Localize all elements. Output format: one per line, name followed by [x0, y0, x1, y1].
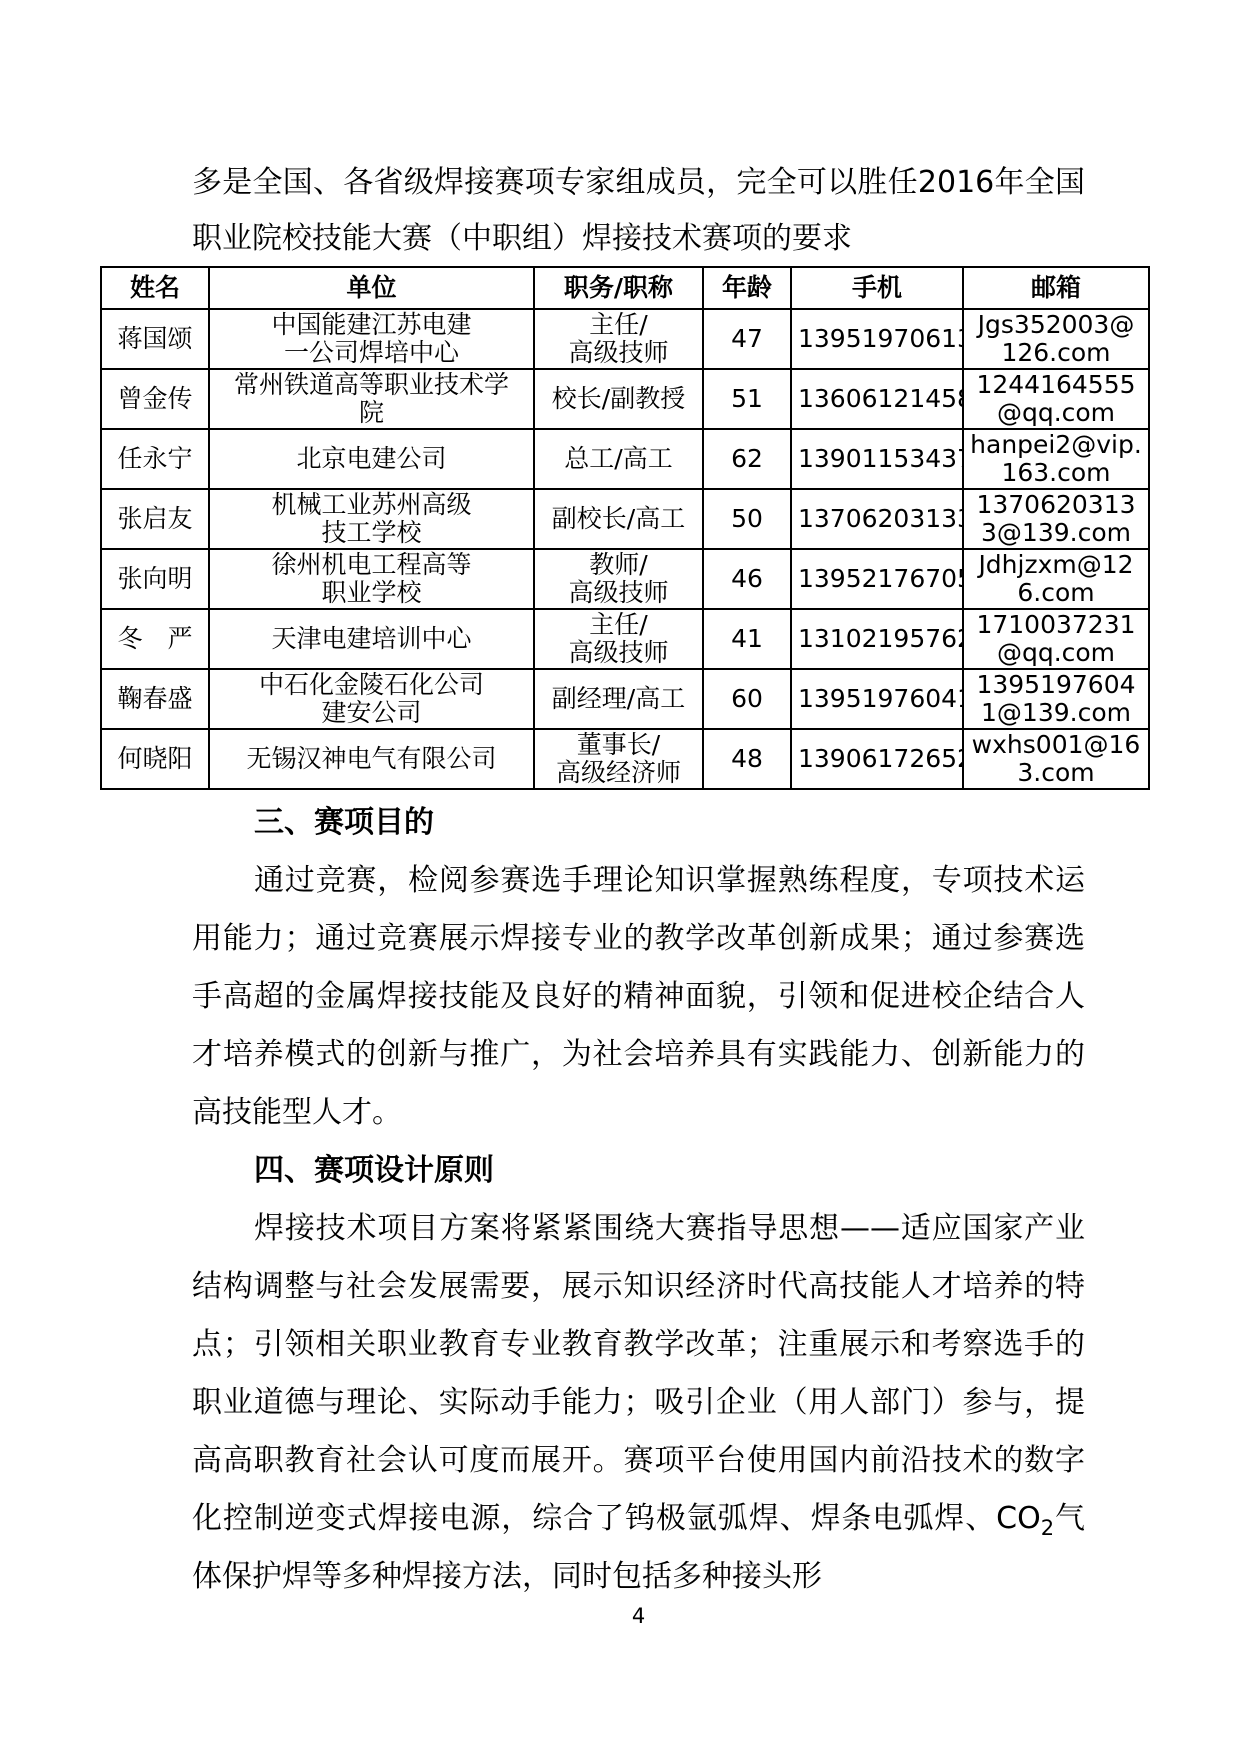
- expert-name-cell: 曾金传: [101, 369, 209, 429]
- expert-age-cell: 48: [703, 729, 791, 789]
- table-row: 张向明 徐州机电工程高等 职业学校 教师/ 高级技师 46 1395217670…: [101, 549, 1149, 609]
- expert-phone-cell: 13906172652: [791, 729, 963, 789]
- expert-age-cell: 47: [703, 309, 791, 369]
- page-number: 4: [192, 1602, 1085, 1630]
- section-design-principles-paragraph: 焊接技术项目方案将紧紧围绕大赛指导思想——适应国家产业结构调整与社会发展需要，展…: [192, 1200, 1085, 1606]
- expert-name-cell: 鞠春盛: [101, 669, 209, 729]
- expert-title-cell: 董事长/ 高级经济师: [534, 729, 703, 789]
- intro-paragraph: 多是全国、各省级焊接赛项专家组成员，完全可以胜任2016年全国职业院校技能大赛（…: [192, 155, 1085, 267]
- expert-age-cell: 60: [703, 669, 791, 729]
- expert-name-cell: 张向明: [101, 549, 209, 609]
- column-header-name: 姓名: [101, 267, 209, 309]
- expert-email-cell: Jdhjzxm@126.com: [963, 549, 1149, 609]
- expert-email-cell: 13951976041@139.com: [963, 669, 1149, 729]
- expert-title-cell: 教师/ 高级技师: [534, 549, 703, 609]
- expert-age-cell: 62: [703, 429, 791, 489]
- expert-title-cell: 主任/ 高级技师: [534, 309, 703, 369]
- table-row: 何晓阳 无锡汉神电气有限公司 董事长/ 高级经济师 48 13906172652…: [101, 729, 1149, 789]
- expert-unit-cell: 北京电建公司: [209, 429, 534, 489]
- co2-subscript: 2: [1041, 1516, 1054, 1540]
- expert-email-cell: 13706203133@139.com: [963, 489, 1149, 549]
- expert-title-cell: 副校长/高工: [534, 489, 703, 549]
- expert-unit-cell: 机械工业苏州高级 技工学校: [209, 489, 534, 549]
- expert-age-cell: 46: [703, 549, 791, 609]
- section-heading-goal: 三、赛项目的: [192, 794, 1085, 852]
- expert-age-cell: 51: [703, 369, 791, 429]
- table-row: 鞠春盛 中石化金陵石化公司 建安公司 副经理/高工 60 13951976041…: [101, 669, 1149, 729]
- expert-name-cell: 何晓阳: [101, 729, 209, 789]
- expert-unit-cell: 中石化金陵石化公司 建安公司: [209, 669, 534, 729]
- section-goal-paragraph: 通过竞赛，检阅参赛选手理论知识掌握熟练程度，专项技术运用能力；通过竞赛展示焊接专…: [192, 852, 1085, 1142]
- section-heading-design-principles: 四、赛项设计原则: [192, 1142, 1085, 1200]
- expert-name-cell: 蒋国颂: [101, 309, 209, 369]
- expert-phone-cell: 13606121458: [791, 369, 963, 429]
- column-header-age: 年龄: [703, 267, 791, 309]
- expert-phone-cell: 13951976041: [791, 669, 963, 729]
- expert-title-cell: 主任/ 高级技师: [534, 609, 703, 669]
- expert-name-cell: 张启友: [101, 489, 209, 549]
- expert-unit-cell: 无锡汉神电气有限公司: [209, 729, 534, 789]
- expert-name-cell: 冬 严: [101, 609, 209, 669]
- expert-phone-cell: 13706203133: [791, 489, 963, 549]
- expert-phone-cell: 13102195762: [791, 609, 963, 669]
- expert-unit-cell: 徐州机电工程高等 职业学校: [209, 549, 534, 609]
- expert-title-cell: 总工/高工: [534, 429, 703, 489]
- expert-age-cell: 50: [703, 489, 791, 549]
- expert-unit-cell: 中国能建江苏电建 一公司焊培中心: [209, 309, 534, 369]
- expert-email-cell: 1710037231@qq.com: [963, 609, 1149, 669]
- expert-unit-cell: 天津电建培训中心: [209, 609, 534, 669]
- experts-table: 姓名 单位 职务/职称 年龄 手机 邮箱 蒋国颂 中国能建江苏电建 一公司焊培中…: [100, 266, 1150, 790]
- expert-phone-cell: 13952176705: [791, 549, 963, 609]
- table-row: 任永宁 北京电建公司 总工/高工 62 13901153437 hanpei2@…: [101, 429, 1149, 489]
- column-header-email: 邮箱: [963, 267, 1149, 309]
- expert-title-cell: 校长/副教授: [534, 369, 703, 429]
- column-header-phone: 手机: [791, 267, 963, 309]
- expert-email-cell: Jgs352003@126.com: [963, 309, 1149, 369]
- table-row: 蒋国颂 中国能建江苏电建 一公司焊培中心 主任/ 高级技师 47 1395197…: [101, 309, 1149, 369]
- expert-email-cell: hanpei2@vip.163.com: [963, 429, 1149, 489]
- expert-phone-cell: 13901153437: [791, 429, 963, 489]
- table-row: 冬 严 天津电建培训中心 主任/ 高级技师 41 13102195762 171…: [101, 609, 1149, 669]
- expert-phone-cell: 13951970613: [791, 309, 963, 369]
- design-principles-text-before-subscript: 焊接技术项目方案将紧紧围绕大赛指导思想——适应国家产业结构调整与社会发展需要，展…: [192, 1211, 1085, 1536]
- expert-email-cell: wxhs001@163.com: [963, 729, 1149, 789]
- expert-title-cell: 副经理/高工: [534, 669, 703, 729]
- table-row: 张启友 机械工业苏州高级 技工学校 副校长/高工 50 13706203133 …: [101, 489, 1149, 549]
- document-page: 多是全国、各省级焊接赛项专家组成员，完全可以胜任2016年全国职业院校技能大赛（…: [0, 0, 1241, 1754]
- expert-age-cell: 41: [703, 609, 791, 669]
- column-header-title: 职务/职称: [534, 267, 703, 309]
- column-header-unit: 单位: [209, 267, 534, 309]
- expert-unit-cell: 常州铁道高等职业技术学 院: [209, 369, 534, 429]
- body-sections: 三、赛项目的 通过竞赛，检阅参赛选手理论知识掌握熟练程度，专项技术运用能力；通过…: [192, 794, 1085, 1606]
- expert-name-cell: 任永宁: [101, 429, 209, 489]
- expert-email-cell: 1244164555@qq.com: [963, 369, 1149, 429]
- table-header-row: 姓名 单位 职务/职称 年龄 手机 邮箱: [101, 267, 1149, 309]
- table-row: 曾金传 常州铁道高等职业技术学 院 校长/副教授 51 13606121458 …: [101, 369, 1149, 429]
